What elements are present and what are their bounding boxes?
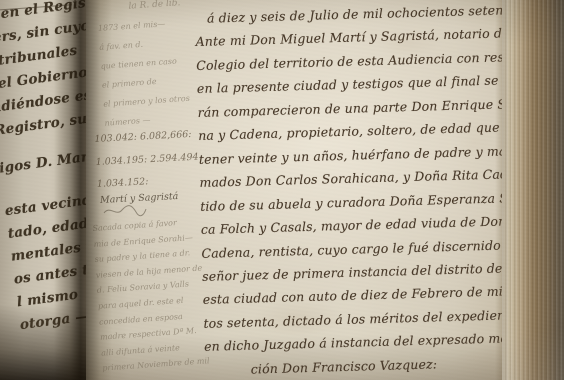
manuscript-photo: se en el Registro llers, sin cuyo y trib… (0, 0, 564, 380)
right-page: la R. de lib. 1873 en el mis— á fav. en … (86, 0, 514, 380)
main-text: ciudad de Barcelona á diez y seis de Jul… (194, 0, 527, 380)
binding-gutter (54, 0, 112, 380)
page-fore-edge (502, 0, 564, 380)
